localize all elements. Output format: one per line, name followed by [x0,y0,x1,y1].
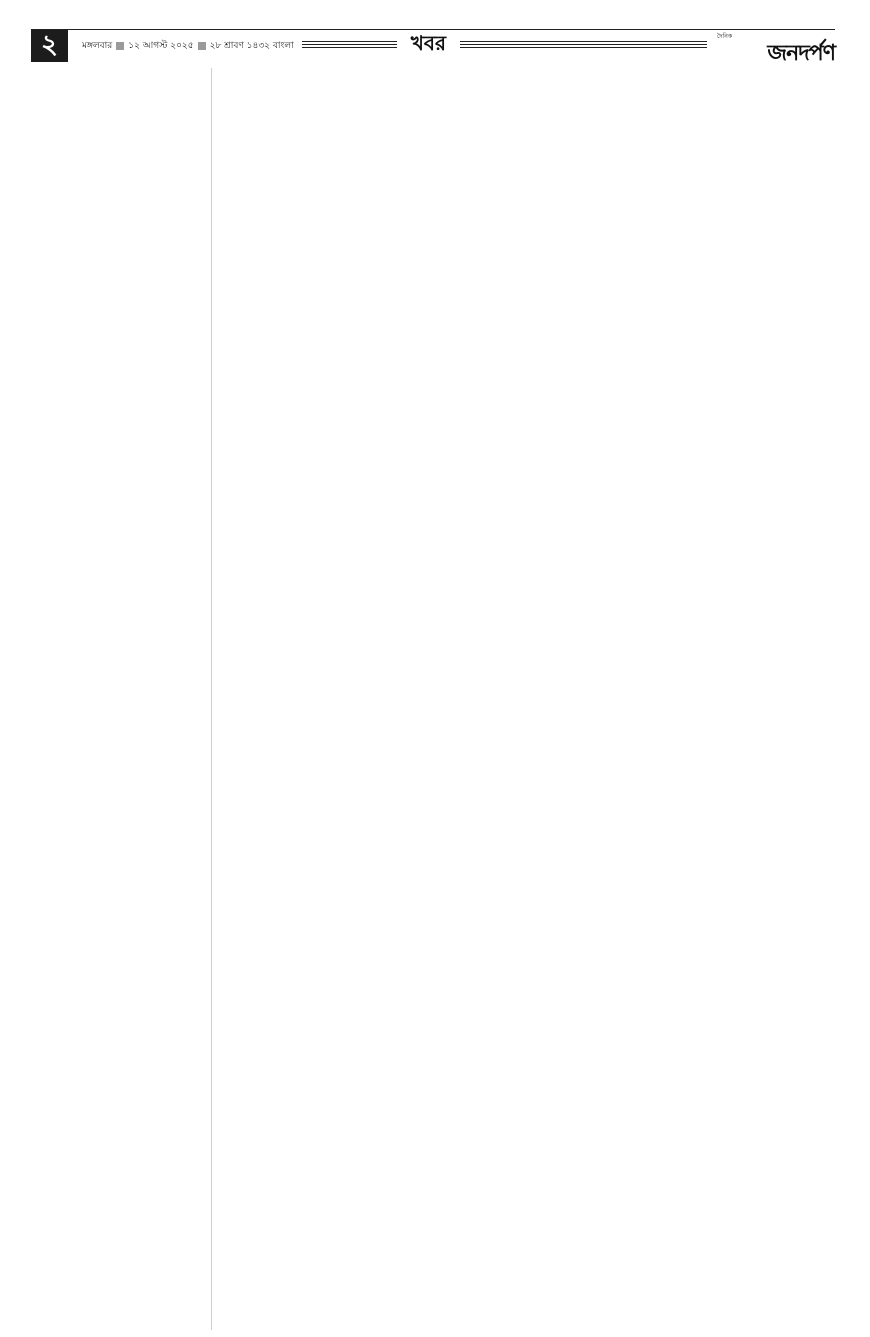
separator-square-icon [116,42,124,50]
separator-square-icon [198,42,206,50]
day: মঙ্গলবার [82,38,112,53]
newspaper-logo: দৈনিক জনদর্পণ [715,30,835,62]
dateline: মঙ্গলবার ১২ আগস্ট ২০২৫ ২৮ শ্রাবণ ১৪৩২ বা… [82,38,294,53]
page-number: ২ [31,30,68,62]
decorative-rules [460,41,707,50]
section-title: খবর [405,29,452,62]
brand-prefix: দৈনিক [717,31,732,42]
page-header: ২ মঙ্গলবার ১২ আগস্ট ২০২৫ ২৮ শ্রাবণ ১৪৩২ … [31,29,835,61]
brand-name: জনদর্পণ [767,36,835,73]
column-divider [211,68,212,1330]
date-gregorian: ১২ আগস্ট ২০২৫ [128,38,193,53]
date-bangla: ২৮ শ্রাবণ ১৪৩২ বাংলা [210,38,294,53]
decorative-rules [302,41,397,50]
column-1 [31,68,208,1330]
